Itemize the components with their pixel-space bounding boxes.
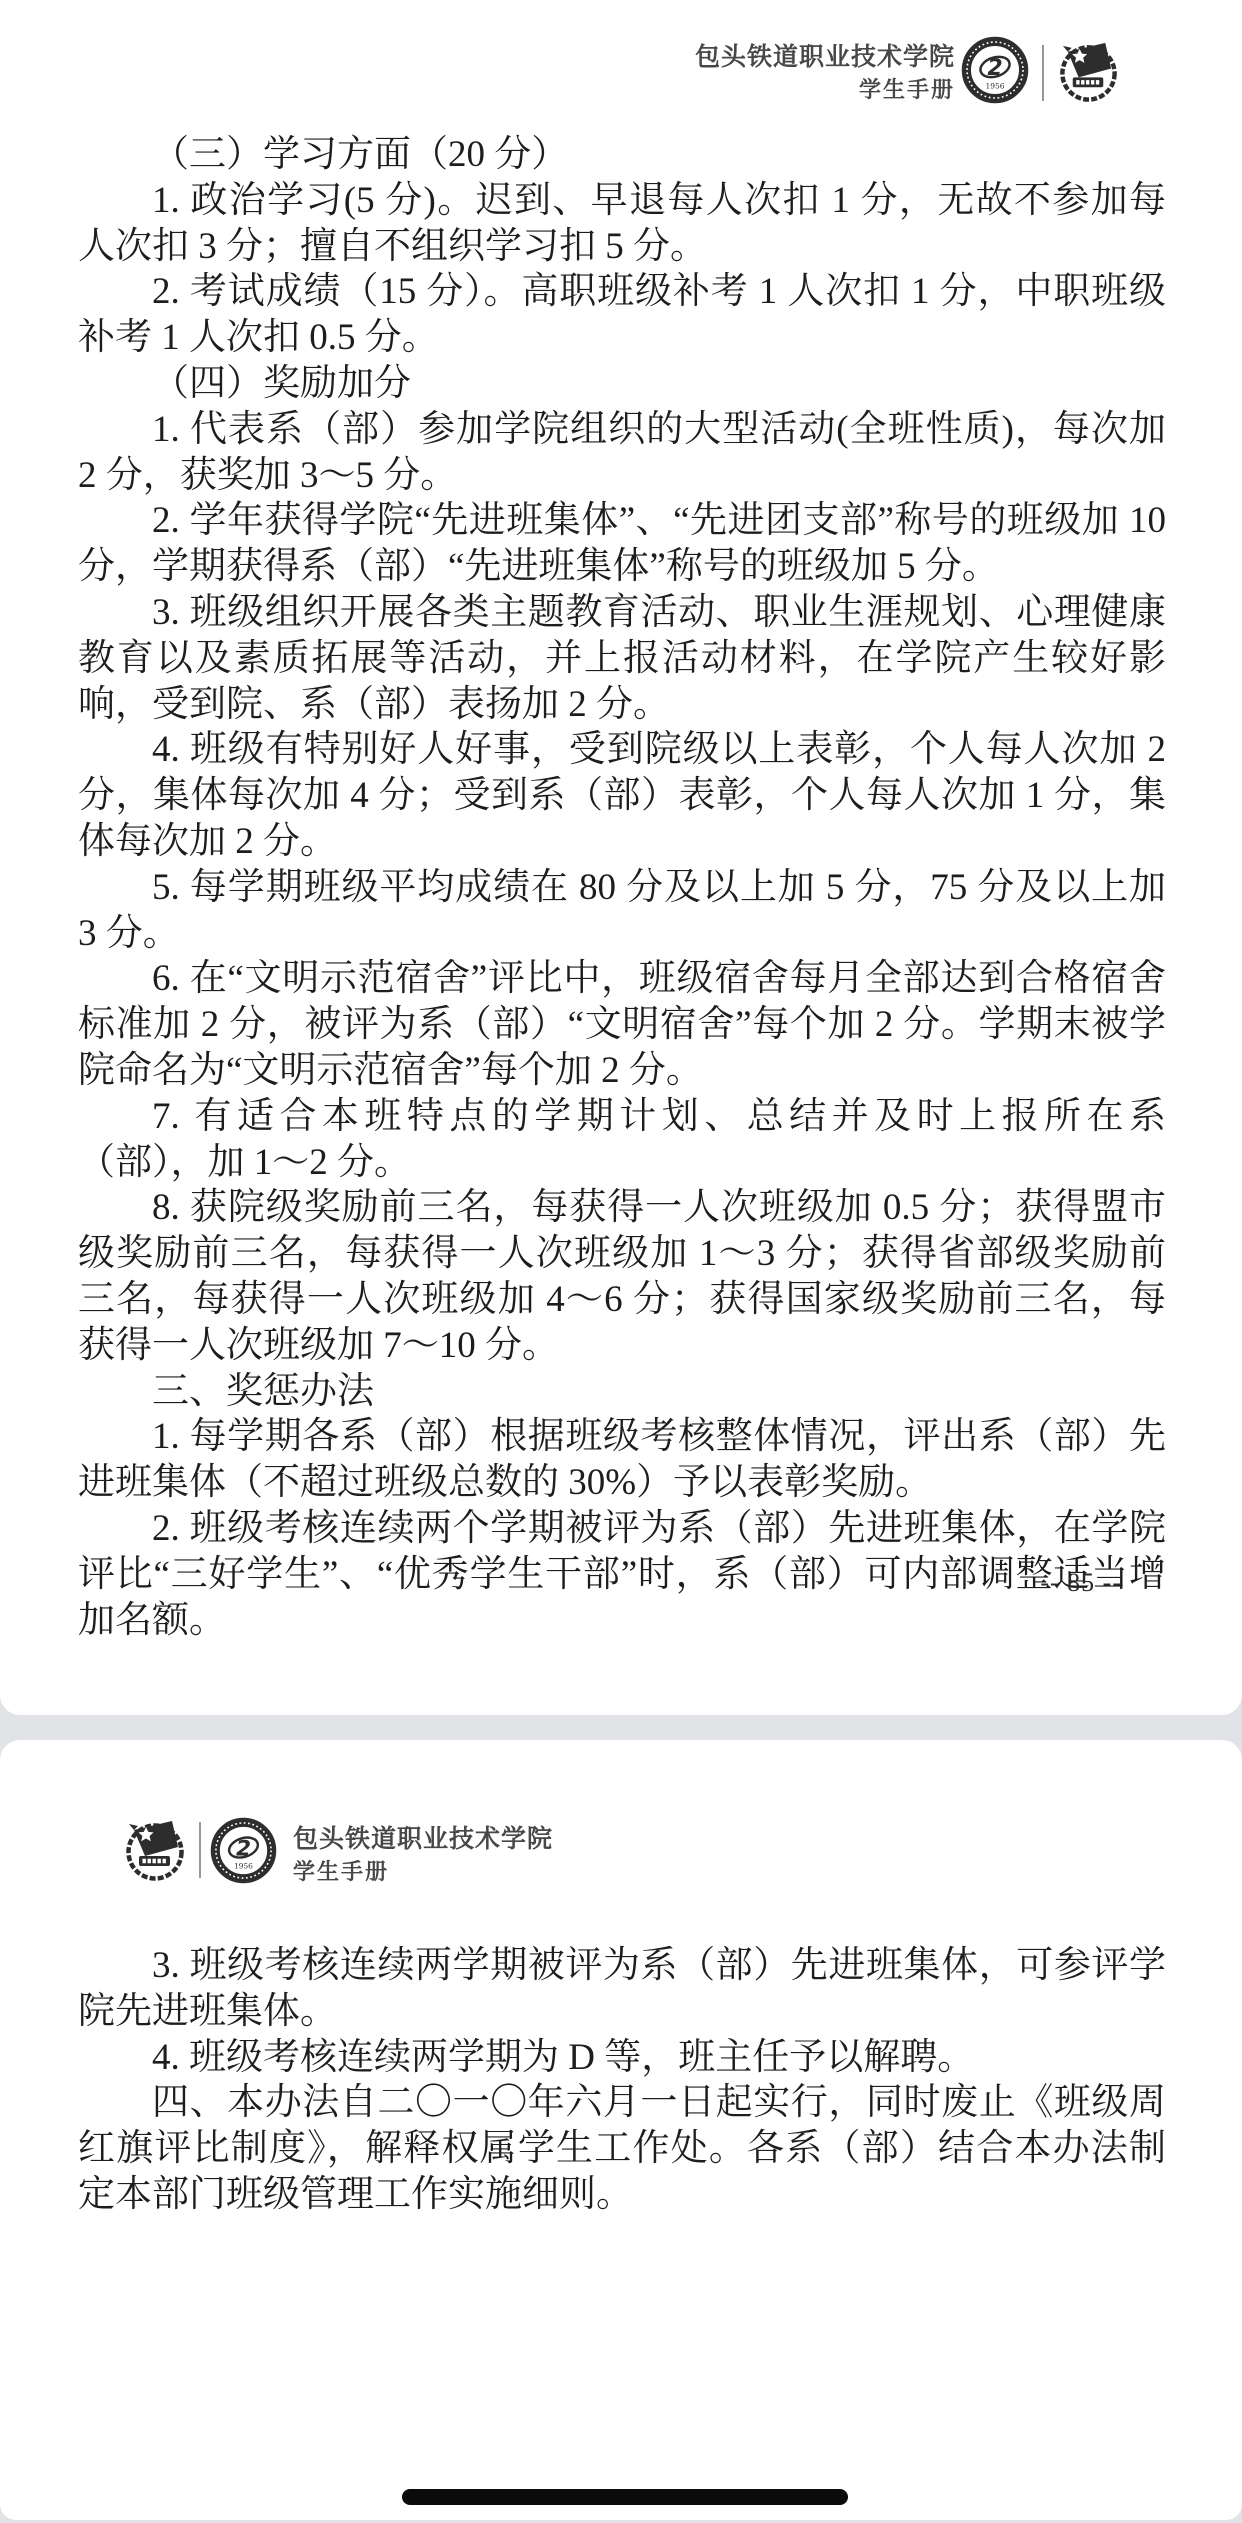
paragraph: 三、奖惩办法 (78, 1369, 1166, 1415)
handbook-title: 学生手册 (695, 77, 955, 102)
paragraph: 4. 班级考核连续两学期为 D 等，班主任予以解聘。 (78, 2035, 1166, 2081)
handbook-title: 学生手册 (293, 1859, 553, 1884)
paragraph: 1. 代表系（部）参加学院组织的大型活动(全班性质)，每次加 2 分，获奖加 3… (78, 407, 1166, 499)
page2-body: 3. 班级考核连续两学期被评为系（部）先进班集体，可参评学院先进班集体。 4. … (78, 1943, 1166, 2218)
header-title-block: 包头铁道职业技术学院 学生手册 (695, 43, 955, 102)
header-divider (1042, 45, 1044, 101)
paragraph: 3. 班级组织开展各类主题教育活动、职业生涯规划、心理健康教育以及素质拓展等活动… (78, 590, 1166, 727)
paragraph: 4. 班级有特别好人好事，受到院级以上表彰，个人每人次加 2 分，集体每次加 4… (78, 727, 1166, 864)
paragraph: 四、本办法自二〇一〇年六月一日起实行，同时废止《班级周红旗评比制度》，解释权属学… (78, 2080, 1166, 2217)
page1-body: （三）学习方面（20 分） 1. 政治学习(5 分)。迟到、早退每人次扣 1 分… (78, 132, 1166, 1643)
youth-league-emblem-icon (121, 1815, 189, 1883)
paragraph: （四）奖励加分 (78, 361, 1166, 407)
paragraph: 1. 政治学习(5 分)。迟到、早退每人次扣 1 分，无故不参加每人次扣 3 分… (78, 178, 1166, 270)
youth-league-emblem-icon (1055, 37, 1122, 104)
paragraph: 8. 获院级奖励前三名，每获得一人次班级加 0.5 分；获得盟市级奖励前三名，每… (78, 1185, 1166, 1368)
home-indicator[interactable] (402, 2489, 848, 2505)
document-page-86: 2 1956 包头铁道职业技术学院 学生手册 3. 班级考核连续两学期被评为系（… (0, 1740, 1242, 2520)
paragraph: 2. 班级考核连续两个学期被评为系（部）先进班集体，在学院评比“三好学生”、“优… (78, 1506, 1166, 1643)
paragraph: 3. 班级考核连续两学期被评为系（部）先进班集体，可参评学院先进班集体。 (78, 1943, 1166, 2035)
svg-text:1956: 1956 (985, 82, 1004, 91)
paragraph: 2. 考试成绩（15 分）。高职班级补考 1 人次扣 1 分，中职班级补考 1 … (78, 269, 1166, 361)
header-divider (199, 1822, 201, 1878)
svg-text:2: 2 (987, 56, 1002, 81)
header-title-block: 包头铁道职业技术学院 学生手册 (293, 1825, 553, 1884)
paragraph: 6. 在“文明示范宿舍”评比中，班级宿舍每月全部达到合格宿舍标准加 2 分，被评… (78, 956, 1166, 1093)
paragraph: 1. 每学期各系（部）根据班级考核整体情况，评出系（部）先进班集体（不超过班级总… (78, 1414, 1166, 1506)
screen: 包头铁道职业技术学院 学生手册 2 1956 （ (0, 0, 1242, 2523)
paragraph: 5. 每学期班级平均成绩在 80 分及以上加 5 分，75 分及以上加 3 分。 (78, 865, 1166, 957)
college-seal-icon: 2 1956 (210, 1817, 277, 1884)
paragraph: 7. 有适合本班特点的学期计划、总结并及时上报所在系（部），加 1～2 分。 (78, 1094, 1166, 1186)
svg-text:1956: 1956 (234, 1862, 253, 1871)
document-page-85: 包头铁道职业技术学院 学生手册 2 1956 （ (0, 0, 1242, 1715)
college-name: 包头铁道职业技术学院 (293, 1825, 553, 1853)
college-name: 包头铁道职业技术学院 (695, 43, 955, 71)
college-seal-icon: 2 1956 (961, 36, 1029, 104)
paragraph: 2. 学年获得学院“先进班集体”、“先进团支部”称号的班级加 10 分，学期获得… (78, 498, 1166, 590)
svg-text:2: 2 (236, 1836, 251, 1861)
page-number: -- 85 -- (1040, 1568, 1122, 1598)
paragraph: （三）学习方面（20 分） (78, 132, 1166, 178)
